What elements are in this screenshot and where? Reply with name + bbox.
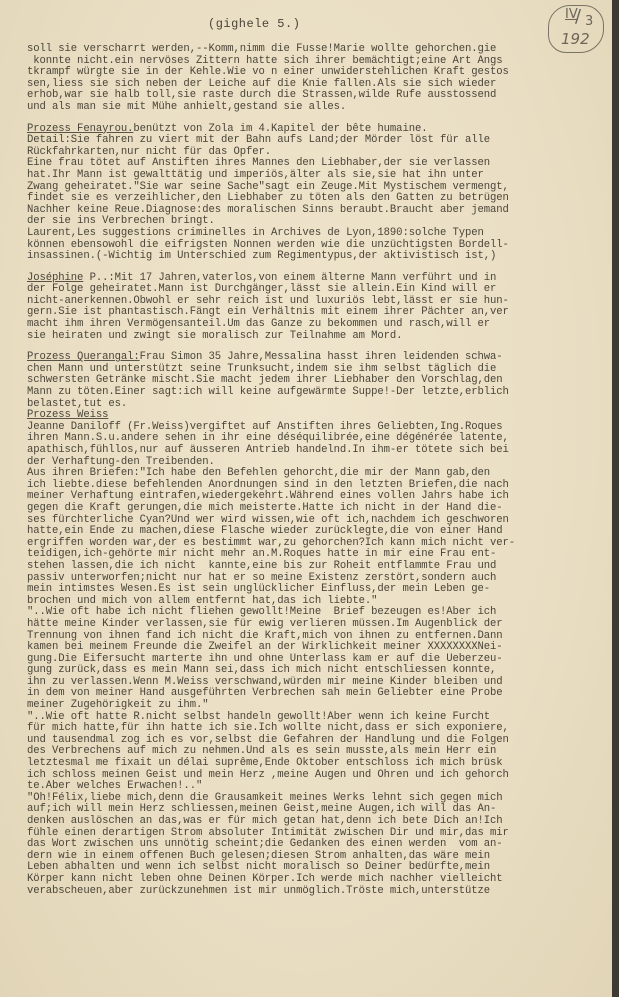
section-josephine: Joséphine P..:Mit 17 Jahren,vaterlos,von…	[27, 273, 617, 343]
section-querangal: Prozess Querangal:Frau Simon 35 Jahre,Me…	[27, 352, 617, 410]
text-line: macht ihm ihren Vermögensanteil.Um das G…	[27, 319, 617, 331]
text-line: Laurent,Les suggestions criminelles in A…	[27, 228, 617, 240]
text-line: apathisch,fühllos,nur auf äusseren Antri…	[27, 445, 617, 457]
text-line: findet sie es verzeihlicher,den Liebhabe…	[27, 193, 617, 205]
text-line: insassinen.(-Wichtig im Unterschied zum …	[27, 251, 617, 263]
text-line: kamen bei meinem Freunde die Zweifel an …	[27, 642, 617, 654]
text-line: letztesmal me fixait un délai suprême,En…	[27, 758, 617, 770]
text-fragment: benützt von Zola im 4.Kapitel der bête h…	[133, 123, 427, 135]
section-fenayrou: Prozess Fenayrou.benützt von Zola im 4.K…	[27, 124, 617, 263]
stamp-slash: /	[575, 6, 581, 27]
text-line: soll sie verscharrt werden,--Komm,nimm d…	[27, 44, 617, 56]
stamp-subnumber: 3	[585, 14, 593, 29]
text-line: und als man sie mit Mühe anhielt,gestand…	[27, 102, 617, 114]
section-heading: Prozess Querangal:	[27, 351, 140, 363]
section-heading: Prozess Fenayrou.	[27, 123, 133, 135]
text-line: belastet,tut es.	[27, 399, 617, 411]
text-line: verabscheuen,aber zurückzunehmen ist mir…	[27, 886, 617, 898]
text-line: Detail:Sie fahren zu viert mit der Bahn …	[27, 135, 617, 147]
text-fragment: P..:Mit 17 Jahren,vaterlos,von einem ält…	[83, 272, 496, 284]
text-line: meiner Zugehörigkeit zu ihm."	[27, 700, 617, 712]
text-line: hat.Ihr Mann ist gewalttätig und imperiö…	[27, 170, 617, 182]
text-line: gegen die Kraft gerungen,die mich meiste…	[27, 503, 617, 515]
text-line: hätte meine Kinder verlassen,sie für ewi…	[27, 619, 617, 631]
section-intro: soll sie verscharrt werden,--Komm,nimm d…	[27, 44, 617, 114]
text-line: stehen lassen,die ich nicht kannte,eine …	[27, 561, 617, 573]
text-line: mein intimstes Wesen.Es ist sein unglück…	[27, 584, 617, 596]
text-line: denken auslöschen an das,was er für mich…	[27, 816, 617, 828]
section-weiss: Prozess Weiss Jeanne Daniloff (Fr.Weiss)…	[27, 410, 617, 897]
typewritten-page: (gighele 5.) IV / 3 192 soll sie verscha…	[0, 0, 612, 997]
document-body: soll sie verscharrt werden,--Komm,nimm d…	[27, 44, 617, 897]
page-header: (gighele 5.)	[208, 17, 300, 31]
text-line: sie heiraten und zwingt sie moralisch zu…	[27, 331, 617, 343]
text-fragment: Frau Simon 35 Jahre,Messalina hasst ihre…	[140, 351, 503, 363]
text-line: Mann zu töten.Einer sagt:ich will keine …	[27, 387, 617, 399]
section-heading: Joséphine	[27, 272, 83, 284]
text-line: Körper kann nicht leben ohne Deinen Körp…	[27, 874, 617, 886]
scan-edge	[612, 0, 619, 997]
section-heading: Prozess Weiss	[27, 409, 108, 421]
text-line: hatte,ein Ende zu machen,diese Flasche w…	[27, 526, 617, 538]
